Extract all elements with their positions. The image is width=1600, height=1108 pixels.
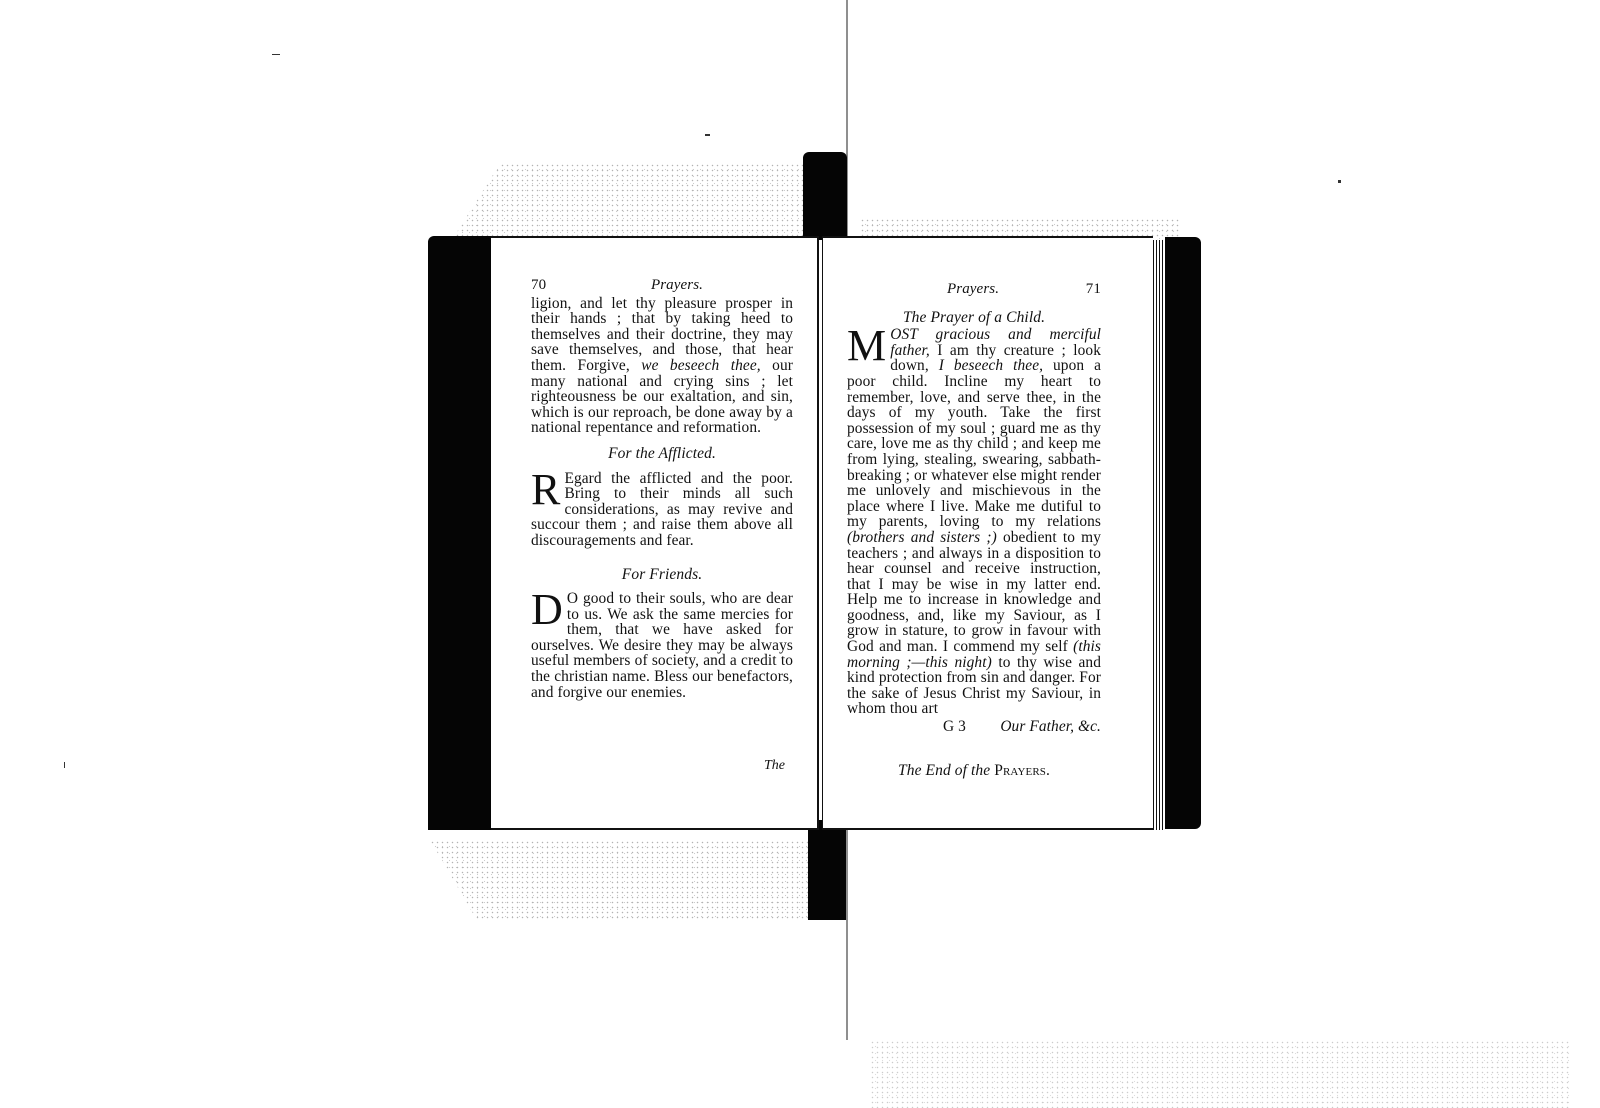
left-page-text: 70 Prayers. ligion, and let thy pleasure… <box>531 278 793 700</box>
italic-run: I beseech thee, <box>939 357 1043 374</box>
signature-mark: G 3 <box>943 719 966 735</box>
catchword: The <box>764 758 785 774</box>
italic-run: we beseech thee, <box>641 357 761 374</box>
text-run: O good to their souls, who are dear to u… <box>531 590 793 701</box>
paragraph-child-prayer: M OST gracious and merciful father, I am… <box>847 327 1101 717</box>
left-running-head: 70 Prayers. <box>531 278 793 294</box>
scan-noise-top <box>450 163 810 243</box>
end-of-prayers-line: The End of the Prayers. <box>847 763 1101 779</box>
right-running-head: Prayers. 71 <box>847 282 1101 298</box>
book-spine-bottom <box>808 828 846 920</box>
paragraph-afflicted: R Egard the afflicted and the poor. Brin… <box>531 471 793 549</box>
text-run: obedient to my teachers ; and always in … <box>847 529 1101 655</box>
drop-cap: M <box>847 329 886 363</box>
right-page: Prayers. 71 The Prayer of a Child. M OST… <box>822 236 1153 830</box>
drop-cap: R <box>531 473 560 507</box>
scan-mark <box>1338 180 1341 183</box>
section-heading-friends: For Friends. <box>531 567 793 583</box>
left-page: 70 Prayers. ligion, and let thy pleasure… <box>491 236 819 830</box>
page-number: 71 <box>1086 282 1101 298</box>
text-run: upon a poor child. Incline my heart to r… <box>847 357 1101 530</box>
right-page-text: Prayers. 71 The Prayer of a Child. M OST… <box>847 282 1101 778</box>
paragraph-friends: D O good to their souls, who are dear to… <box>531 591 793 700</box>
running-head-title: Prayers. <box>651 278 703 294</box>
book-spine-top <box>803 152 847 240</box>
scan-mark <box>705 134 710 136</box>
running-head-title: Prayers. <box>947 282 999 298</box>
italic-run: The End of the <box>898 762 990 779</box>
page-number: 70 <box>531 278 546 294</box>
book-cover-left <box>428 236 494 828</box>
drop-cap: D <box>531 593 563 627</box>
section-heading-afflicted: For the Afflicted. <box>531 446 793 462</box>
continuation-paragraph: ligion, and let thy pleasure prosper in … <box>531 296 793 436</box>
text-run: Egard the afflicted and the poor. Bring … <box>531 470 793 549</box>
scan-mark <box>272 54 280 55</box>
italic-run: (brothers and sisters ;) <box>847 529 997 546</box>
signature-line: G 3 Our Father, &c. <box>847 719 1101 735</box>
scan-mark <box>64 762 65 768</box>
small-caps-run: Prayers. <box>994 762 1050 779</box>
book-cover-right <box>1165 237 1201 829</box>
closing-phrase: Our Father, &c. <box>1000 719 1101 735</box>
scan-noise-right-bottom <box>870 1040 1570 1108</box>
scan-noise-bottom <box>430 840 820 920</box>
